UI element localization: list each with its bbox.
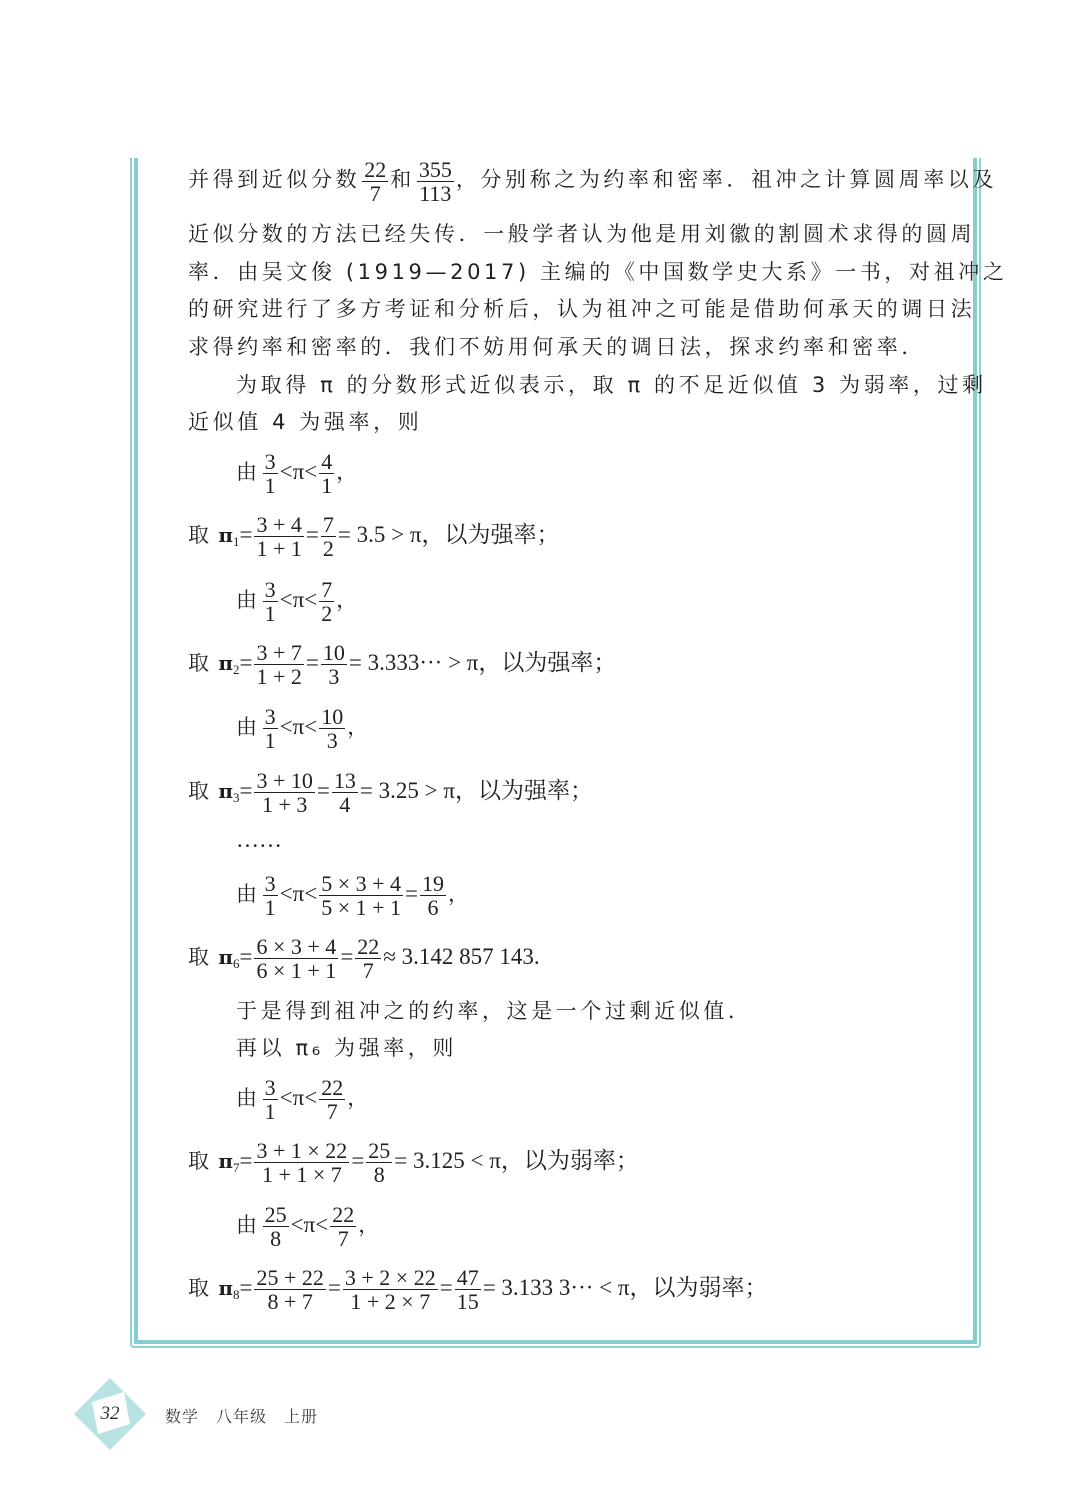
paragraph-1-line-5: 求得约率和密率的．我们不妨用何承天的调日法，探求约率和密率．	[188, 337, 926, 358]
fraction-355-113: 355113	[417, 158, 454, 205]
paragraph-1-line-2: 近似分数的方法已经失传．一般学者认为他是用刘徽的割圆术求得的圆周	[188, 224, 975, 245]
approximation-pi-3: 取 π3=3 + 101 + 3=134= 3.25 > π，以为强率；	[188, 769, 593, 816]
paragraph-3: 于是得到祖冲之的约率，这是一个过剩近似值．	[236, 1001, 753, 1022]
approximation-pi-7: 取 π7=3 + 1 × 221 + 1 × 7=258= 3.125 < π，…	[188, 1139, 639, 1186]
inequality-8: 由258<π<227，	[236, 1203, 383, 1250]
inequality-6: 由31<π<5 × 3 + 45 × 1 + 1=196，	[236, 872, 473, 919]
ellipsis: ……	[236, 828, 282, 851]
paragraph-1-line-1: 并得到近似分数227和355113，分别称之为约率和密率．祖冲之计算圆周率以及	[188, 158, 997, 205]
fraction-22-7: 227	[362, 158, 388, 205]
page-number-badge: 32	[74, 1378, 146, 1450]
inequality-7: 由31<π<227，	[236, 1076, 372, 1123]
page-number: 32	[74, 1378, 146, 1450]
paragraph-2-line-1: 为取得 π 的分数形式近似表示，取 π 的不足近似值 3 为弱率，过剩	[236, 375, 987, 396]
paragraph-1-line-3: 率．由吴文俊 (1919—2017) 主编的《中国数学史大系》一书，对祖冲之	[188, 262, 1007, 283]
inequality-2: 由31<π<72，	[236, 578, 361, 625]
approximation-pi-6: 取 π6=6 × 3 + 46 × 1 + 1=227≈ 3.142 857 1…	[188, 935, 540, 982]
approximation-pi-8: 取 π8=25 + 228 + 7=3 + 2 × 221 + 2 × 7=47…	[188, 1266, 768, 1313]
book-title-footer: 数学 八年级 上册	[165, 1404, 318, 1427]
paragraph-1-line-4: 的研究进行了多方考证和分析后，认为祖冲之可能是借助何承天的调日法	[188, 299, 975, 320]
approximation-pi-2: 取 π2=3 + 71 + 2=103= 3.333··· > π，以为强率；	[188, 641, 616, 688]
inequality-3: 由31<π<103，	[236, 705, 372, 752]
paragraph-4: 再以 π₆ 为强率，则	[236, 1038, 457, 1059]
paragraph-2-line-2: 近似值 4 为强率，则	[188, 412, 422, 433]
approximation-pi-1: 取 π1=3 + 41 + 1=72= 3.5 > π，以为强率；	[188, 513, 559, 560]
inequality-1: 由31<π<41，	[236, 450, 361, 497]
